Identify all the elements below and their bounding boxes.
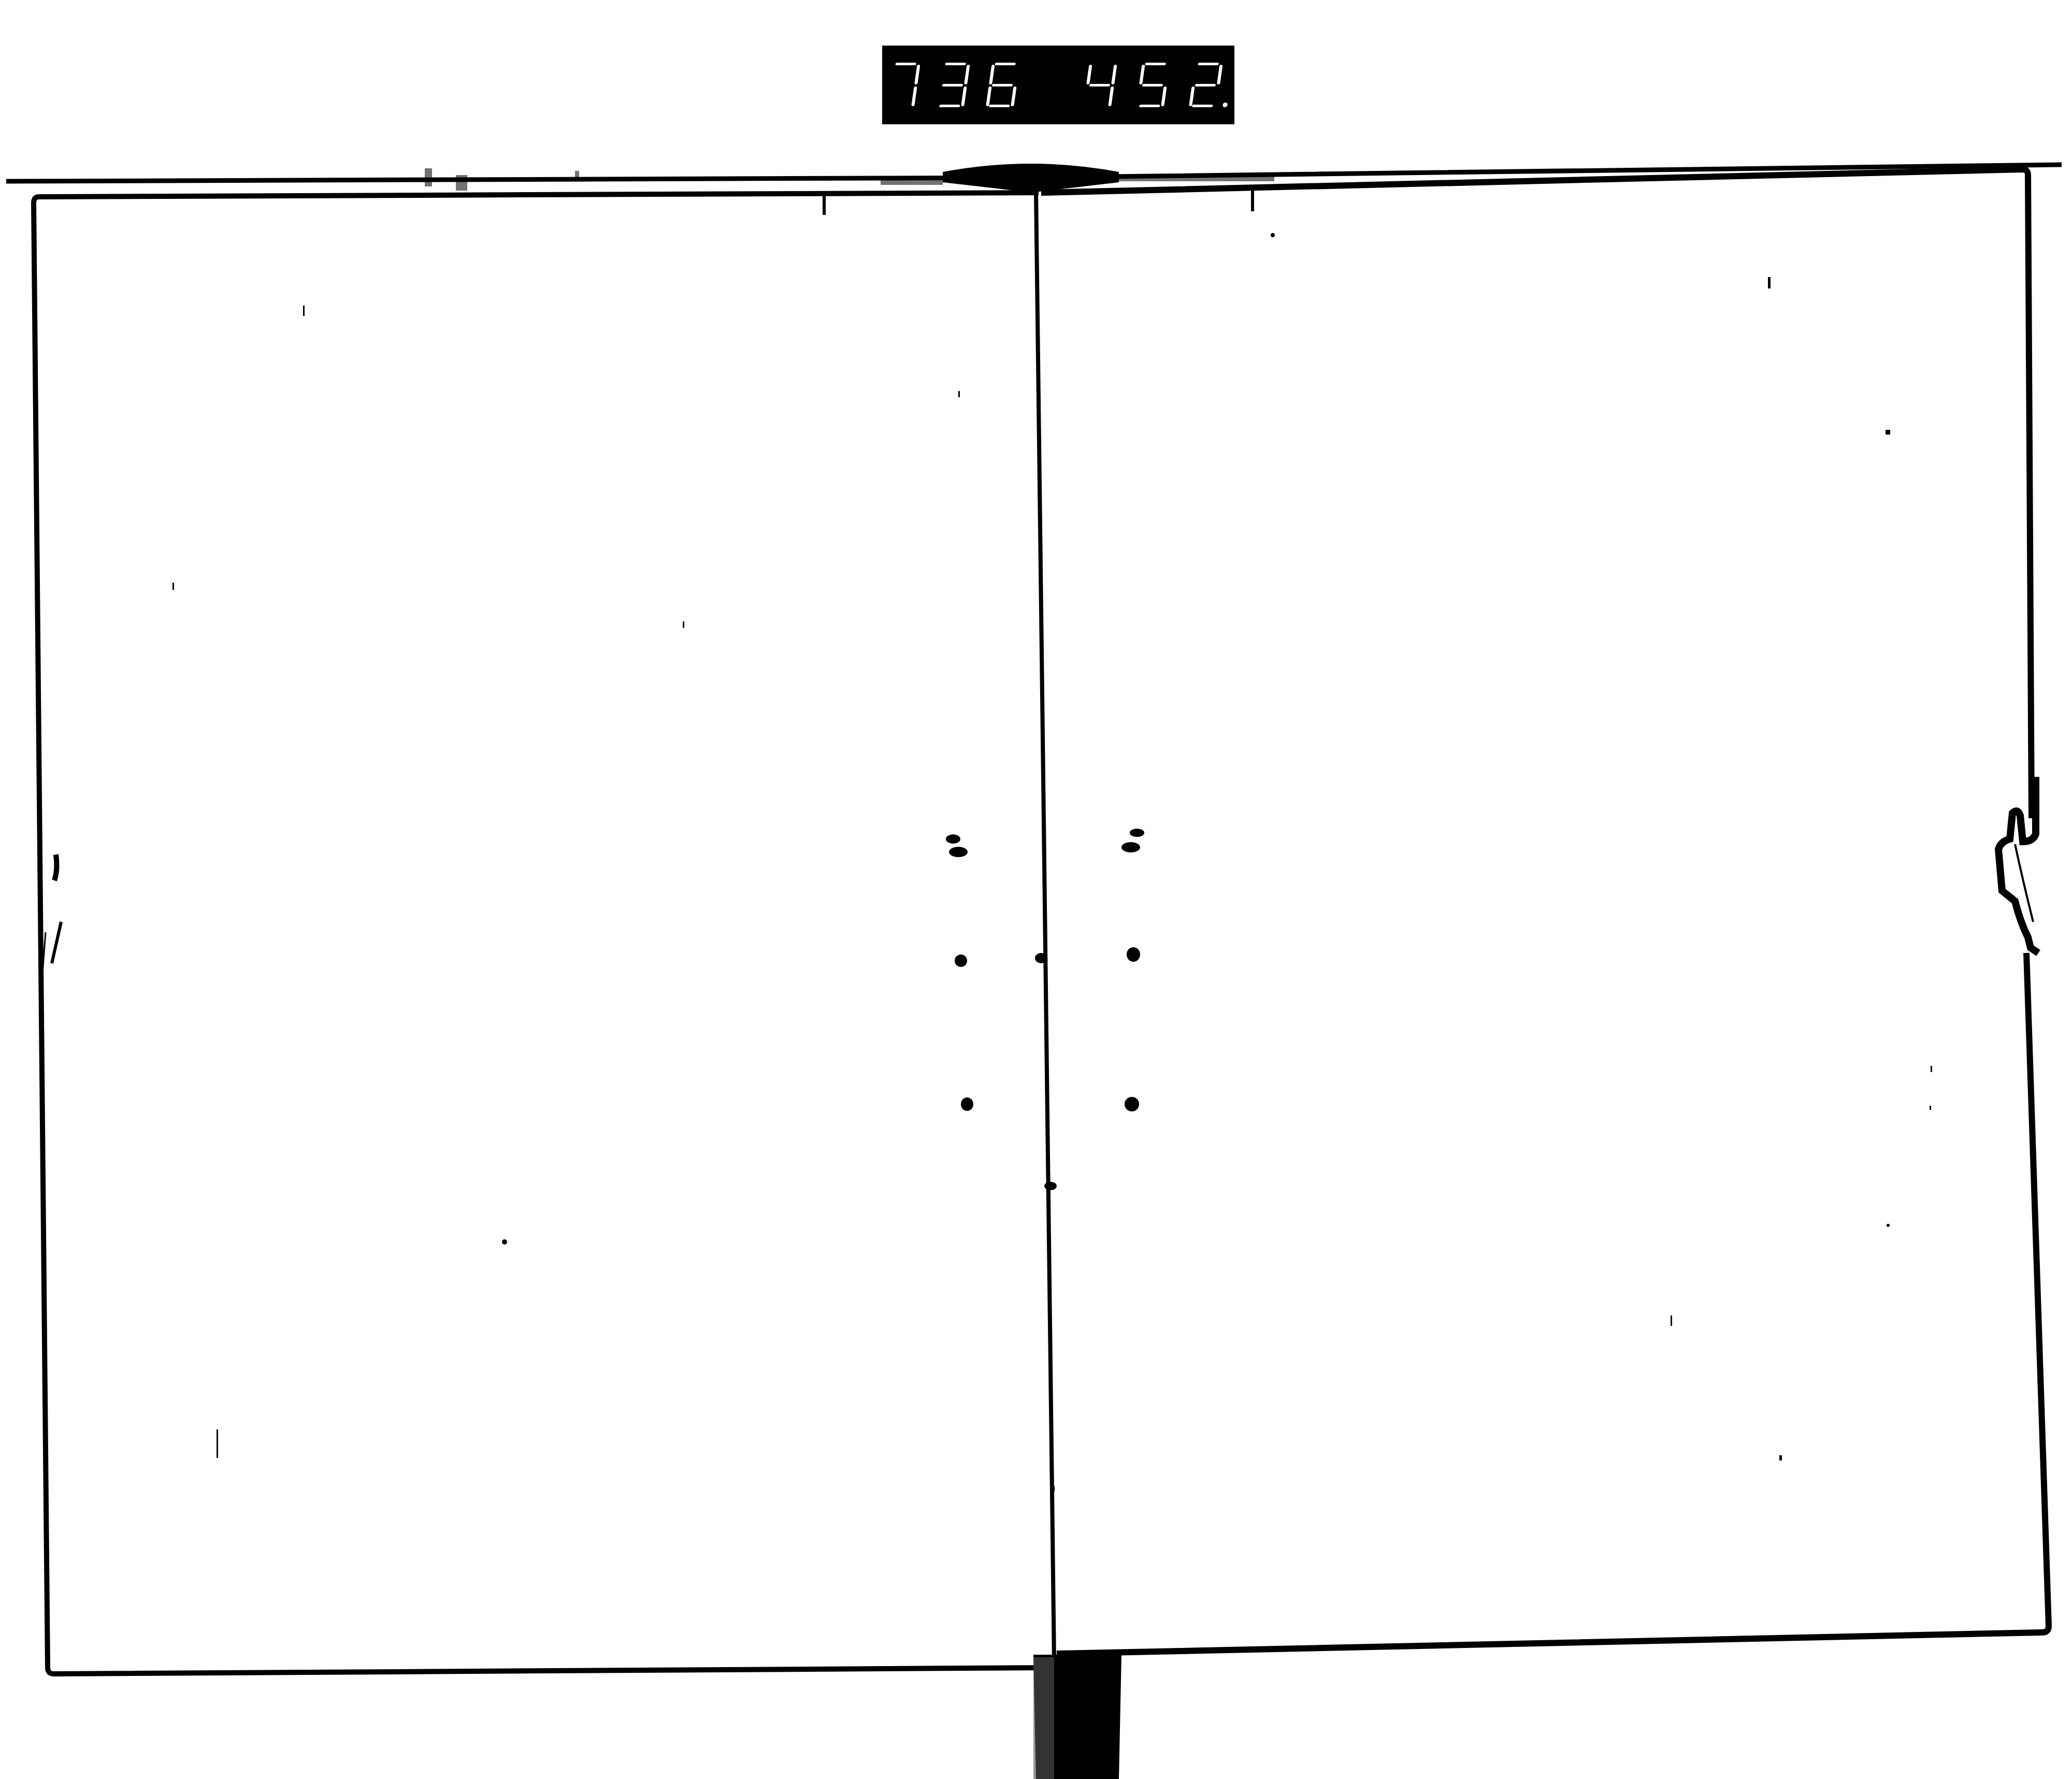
binding-knot (1044, 1182, 1057, 1190)
seven-segment-digit (1134, 63, 1172, 107)
frame-counter-left (887, 63, 1019, 107)
torn-page-edge-right (1998, 777, 2038, 953)
scan-specks (172, 185, 1932, 1492)
ledger-spread-drawing (0, 0, 2072, 1779)
seven-segment-digit (1081, 63, 1119, 107)
right-page-border-bottom (1057, 953, 2049, 1654)
stitch-holes-left (946, 834, 1047, 1111)
frame-counter-right (1084, 63, 1222, 107)
stitch-holes-right (1121, 829, 1144, 1111)
seven-segment-digit (884, 63, 923, 107)
frame-counter: 736 452 (882, 46, 1234, 124)
seven-segment-digit (984, 63, 1022, 107)
left-page-border (34, 193, 1052, 1674)
gutter-line (1036, 192, 1054, 1660)
seven-segment-digit (934, 63, 972, 107)
right-page-border-top (1041, 169, 2032, 818)
seven-segment-digit (1187, 63, 1225, 107)
left-edge-damage (54, 855, 56, 880)
spine-shadow-top (943, 164, 1119, 193)
scan-page: 736 452 (0, 0, 2072, 1779)
